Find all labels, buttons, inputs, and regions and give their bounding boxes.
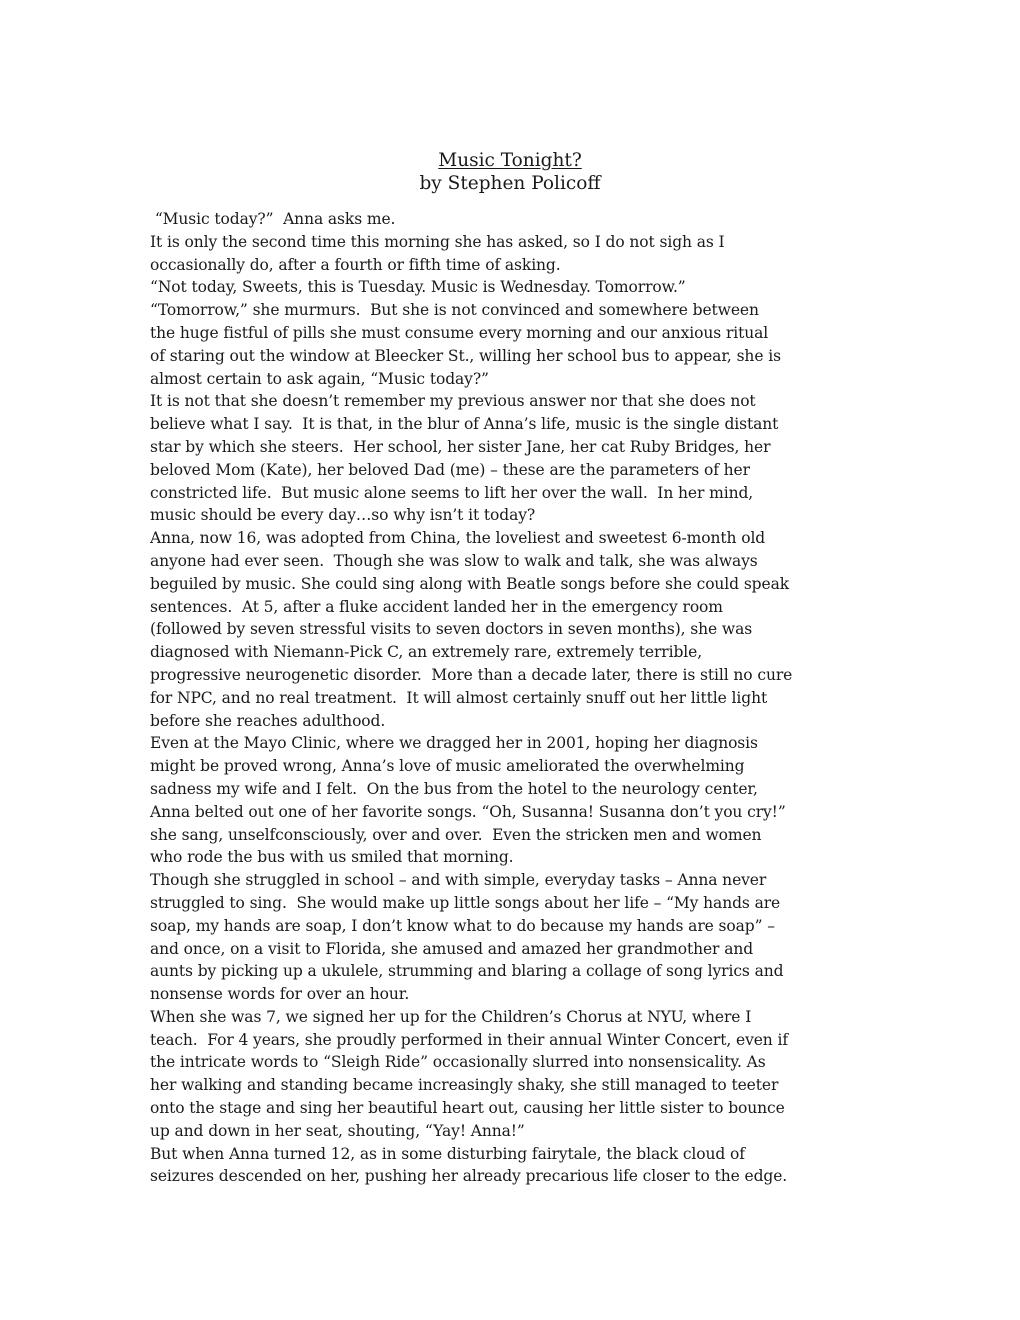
text-line: “Not today, Sweets, this is Tuesday. Mus… [150, 276, 875, 299]
document-body: “Music today?” Anna asks me.It is only t… [150, 208, 875, 1188]
text-line: aunts by picking up a ukulele, strumming… [150, 960, 875, 983]
paragraph: It is not that she doesn’t remember my p… [150, 390, 875, 527]
text-line: onto the stage and sing her beautiful he… [150, 1097, 875, 1120]
text-line: teach. For 4 years, she proudly performe… [150, 1029, 875, 1052]
text-line: diagnosed with Niemann-Pick C, an extrem… [150, 641, 875, 664]
text-line: Though she struggled in school – and wit… [150, 869, 875, 892]
text-line: (followed by seven stressful visits to s… [150, 618, 875, 641]
text-line: seizures descended on her, pushing her a… [150, 1165, 875, 1188]
text-line: believe what I say. It is that, in the b… [150, 413, 875, 436]
text-line: Anna belted out one of her favorite song… [150, 801, 875, 824]
text-line: soap, my hands are soap, I don’t know wh… [150, 915, 875, 938]
text-line: almost certain to ask again, “Music toda… [150, 368, 875, 391]
text-line: struggled to sing. She would make up lit… [150, 892, 875, 915]
text-line: When she was 7, we signed her up for the… [150, 1006, 875, 1029]
text-line: before she reaches adulthood. [150, 710, 875, 733]
paragraph: Anna, now 16, was adopted from China, th… [150, 527, 875, 732]
text-line: Even at the Mayo Clinic, where we dragge… [150, 732, 875, 755]
text-line: who rode the bus with us smiled that mor… [150, 846, 875, 869]
paragraph: When she was 7, we signed her up for the… [150, 1006, 875, 1143]
paragraph: But when Anna turned 12, as in some dist… [150, 1143, 875, 1189]
text-line: anyone had ever seen. Though she was slo… [150, 550, 875, 573]
text-line: It is only the second time this morning … [150, 231, 875, 254]
text-line: her walking and standing became increasi… [150, 1074, 875, 1097]
text-line: music should be every day…so why isn’t i… [150, 504, 875, 527]
document-title: Music Tonight? [0, 150, 1020, 173]
text-line: and once, on a visit to Florida, she amu… [150, 938, 875, 961]
document-page: Music Tonight? by Stephen Policoff “Musi… [0, 0, 1020, 1320]
text-line: the huge fistful of pills she must consu… [150, 322, 875, 345]
text-line: But when Anna turned 12, as in some dist… [150, 1143, 875, 1166]
document-title-text: Music Tonight? [438, 150, 582, 171]
text-line: up and down in her seat, shouting, “Yay!… [150, 1120, 875, 1143]
text-line: “Tomorrow,” she murmurs. But she is not … [150, 299, 875, 322]
text-line: might be proved wrong, Anna’s love of mu… [150, 755, 875, 778]
text-line: “Music today?” Anna asks me. [150, 208, 875, 231]
text-line: star by which she steers. Her school, he… [150, 436, 875, 459]
text-line: she sang, unselfconsciously, over and ov… [150, 824, 875, 847]
paragraph: “Not today, Sweets, this is Tuesday. Mus… [150, 276, 875, 299]
text-line: nonsense words for over an hour. [150, 983, 875, 1006]
paragraph: Even at the Mayo Clinic, where we dragge… [150, 732, 875, 869]
paragraph: Though she struggled in school – and wit… [150, 869, 875, 1006]
text-line: sentences. At 5, after a fluke accident … [150, 596, 875, 619]
document-header: Music Tonight? by Stephen Policoff [0, 150, 1020, 195]
document-byline: by Stephen Policoff [0, 173, 1020, 196]
text-line: for NPC, and no real treatment. It will … [150, 687, 875, 710]
text-line: constricted life. But music alone seems … [150, 482, 875, 505]
text-line: sadness my wife and I felt. On the bus f… [150, 778, 875, 801]
text-line: the intricate words to “Sleigh Ride” occ… [150, 1051, 875, 1074]
text-line: Anna, now 16, was adopted from China, th… [150, 527, 875, 550]
text-line: beguiled by music. She could sing along … [150, 573, 875, 596]
paragraph: “Tomorrow,” she murmurs. But she is not … [150, 299, 875, 390]
text-line: beloved Mom (Kate), her beloved Dad (me)… [150, 459, 875, 482]
text-line: It is not that she doesn’t remember my p… [150, 390, 875, 413]
text-line: progressive neurogenetic disorder. More … [150, 664, 875, 687]
paragraph: It is only the second time this morning … [150, 231, 875, 277]
text-line: of staring out the window at Bleecker St… [150, 345, 875, 368]
text-line: occasionally do, after a fourth or fifth… [150, 254, 875, 277]
paragraph: “Music today?” Anna asks me. [150, 208, 875, 231]
